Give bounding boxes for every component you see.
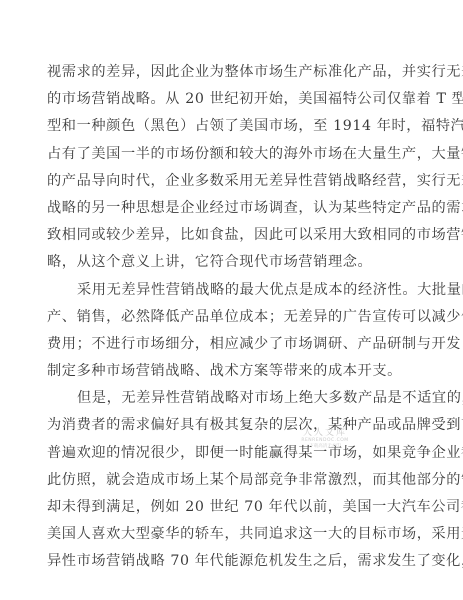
text-line: 致相同或较少差异，比如食盐，因此可以采用大致相同的市场营销策 [47,222,417,249]
document-body: 视需求的差异，因此企业为整体市场生产标准化产品，并实行无差异 的市场营销战略。从… [47,59,417,576]
text-line: 略，从这个意义上讲，它符合现代市场营销理念。 [47,249,417,276]
watermark-subtitle: 下载高清无水印 [270,444,380,450]
text-line: 战略的另一种思想是企业经过市场调查，认为某些特定产品的需求大 [47,195,417,222]
text-line: 的市场营销战略。从 20 世纪初开始，美国福特公司仅靠着 T 型车款车 [47,86,417,113]
text-line: 的产品导向时代，企业多数采用无差异性营销战略经营，实行无差异 [47,168,417,195]
text-line: 却未得到满足，例如 20 世纪 70 年代以前，美国一大汽车公司都坚信 [47,494,417,521]
document-page: 视需求的差异，因此企业为整体市场生产标准化产品，并实行无差异 的市场营销战略。从… [0,0,463,600]
watermark: 人人文库 RENRENDOC.COM 下载高清无水印 [270,428,380,454]
text-line: 采用无差异性营销战略的最大优点是成本的经济性。大批量的生 [47,277,417,304]
text-line: 但是，无差异性营销战略对市场上绝大多数产品是不适宜的，因 [47,385,417,412]
text-line: 视需求的差异，因此企业为整体市场生产标准化产品，并实行无差异 [47,59,417,86]
text-line: 此仿照，就会造成市场上某个局部竞争非常激烈，而其他部分的需求 [47,467,417,494]
text-line: 美国人喜欢大型豪华的轿车，共同追求这一大的目标市场，采用无差 [47,521,417,548]
text-line: 制定多种市场营销战略、战术方案等带来的成本开支。 [47,358,417,385]
text-line: 异性市场营销战略 70 年代能源危机发生之后，需求发生了变化，消费 [47,548,417,575]
watermark-brand: 人人文库 [270,428,380,438]
text-line: 产、销售，必然降低产品单位成本；无差异的广告宣传可以减少促销 [47,304,417,331]
text-line: 占有了美国一半的市场份额和较大的海外市场在大量生产，大量销售 [47,141,417,168]
text-line: 费用；不进行市场细分，相应减少了市场调研、产品研制与开发以及 [47,331,417,358]
text-line: 型和一种颜色（黑色）占领了美国市场，至 1914 年时，福特汽车已经 [47,113,417,140]
